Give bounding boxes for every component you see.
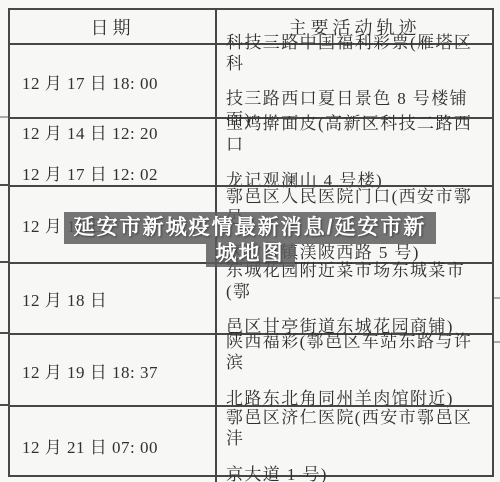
table-row-2-trajectory: 宝鸡擀面皮(高新区科技二路西口 龙记观澜山 4 号楼) [215,117,492,185]
date-text: 12 月 21 日 07: 00 [22,433,215,458]
scan-artifact [494,341,500,343]
table-row-4-trajectory: 东城花园附近菜市场东城菜市(鄠 邑区甘亭街道东城花园商铺) [215,262,492,333]
table-row-3-date: 12 月 18 日 [10,185,215,262]
table-row-1-trajectory: 科技三路中国福利彩票(雁塔区科 技三路西口夏日景色 8 号楼铺面) [215,43,492,117]
table-row-2-date: 12 月 14 日 12: 20 12 月 17 日 12: 02 [10,117,215,185]
scan-artifact [0,184,9,186]
table-row-5-trajectory: 陕西福彩(鄠邑区车站东路与许滨 北路东北角同州羊肉馆附近) [215,333,492,405]
trajectory-text: 鄠邑区人民医院门口(西安市鄠邑 [226,186,490,229]
header-date-label: 日期 [91,14,135,40]
scan-artifact [494,297,500,299]
table-row-1-date: 12 月 17 日 18: 00 [10,43,215,117]
scan-artifact [0,332,9,334]
scan-artifact [0,116,9,118]
date-text: 12 月 17 日 12: 02 [22,160,215,185]
date-text: 12 月 19 日 18: 37 [22,358,215,383]
trajectory-table: 日期 主要活动轨迹 12 月 17 日 18: 00 科技三路中国福利彩票(雁塔… [8,8,494,477]
scan-artifact [0,404,9,406]
date-text: 12 月 14 日 12: 20 [22,119,215,144]
header-date: 日期 [10,10,215,43]
table-row-5-date: 12 月 19 日 18: 37 [10,333,215,405]
table-row-4-date: 12 月 18 日 [10,262,215,333]
trajectory-text: 京大道 1 号) [226,464,490,482]
table-row-6-date: 12 月 21 日 07: 00 [10,405,215,482]
table-row-6-trajectory: 鄠邑区济仁医院(西安市鄠邑区沣 京大道 1 号) [215,405,492,482]
trajectory-text: 陕西福彩(鄠邑区车站东路与许滨 [226,331,490,374]
trajectory-text: 宝鸡擀面皮(高新区科技二路西口 [226,113,490,156]
date-text: 12 月 17 日 18: 00 [22,69,215,94]
trajectory-text: 东城花园附近菜市场东城菜市(鄠 [226,260,490,303]
date-text: 12 月 18 日 [22,212,215,237]
trajectory-text: 科技三路中国福利彩票(雁塔区科 [226,32,490,75]
table-row-3-trajectory: 鄠邑区人民医院门口(西安市鄠邑 区甘亭镇渼陂西路 5 号) [215,185,492,262]
trajectory-text: 鄠邑区济仁医院(西安市鄠邑区沣 [226,407,490,450]
scanned-document: 日期 主要活动轨迹 12 月 17 日 18: 00 科技三路中国福利彩票(雁塔… [0,0,500,482]
scan-artifact [0,261,9,263]
date-text: 12 月 18 日 [22,286,215,311]
